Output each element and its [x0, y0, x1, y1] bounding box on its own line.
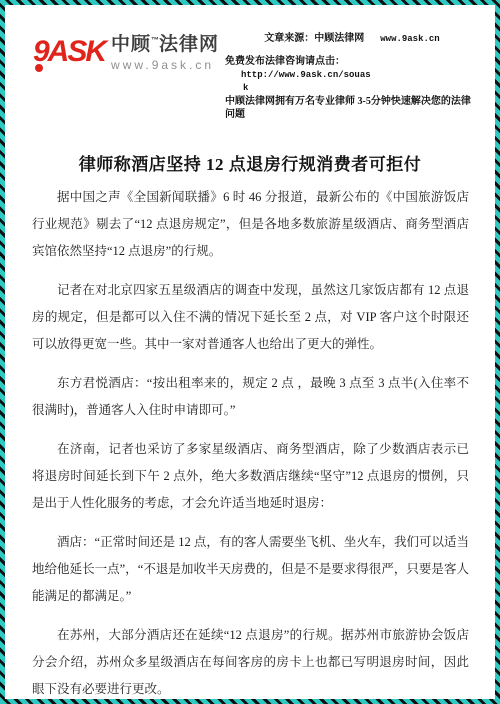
consult-link-label: 免费发布法律咨询请点击： — [225, 56, 345, 67]
article-body: 据中国之声《全国新闻联播》6 时 46 分报道，最新公布的《中国旅游饭店行业规范… — [32, 184, 469, 703]
trademark-symbol: ™ — [151, 36, 159, 45]
article-source-line: 文章来源：中顾法律网www.9ask.cn — [225, 32, 479, 46]
header-info-block: 文章来源：中顾法律网www.9ask.cn 免费发布法律咨询请点击：http:/… — [225, 30, 479, 121]
article-paragraph-2: 记者在对北京四家五星级酒店的调查中发现，虽然这几家饭店都有 12 点退房的规定，… — [32, 277, 469, 358]
article-paragraph-1: 据中国之声《全国新闻联播》6 时 46 分报道，最新公布的《中国旅游饭店行业规范… — [32, 184, 469, 265]
logo-website-url: www.9ask.cn — [111, 58, 219, 72]
article-paragraph-5: 酒店：“正常时间还是 12 点，有的客人需要坐飞机、坐火车，我们可以适当地给他延… — [32, 529, 469, 610]
consult-link-url: http://www.9ask.cn/souas — [241, 70, 371, 80]
logo-question-dot-icon — [35, 64, 43, 72]
document-header: 9ASK 中顾™法律网 www.9ask.cn 文章来源：中顾法律网www.9a… — [5, 5, 495, 121]
logo-brand-part1: 中顾 — [111, 34, 151, 55]
consult-link-url-wrap: k — [243, 82, 479, 95]
article-paragraph-4: 在济南，记者也采访了多家星级酒店、商务型酒店，除了少数酒店表示已将退房时间延长到… — [32, 436, 469, 517]
slogan-line: 中顾法律网拥有万名专业律师 3-5分钟快速解决您的法律问题 — [225, 95, 479, 121]
logo-9ask-text: 9ASK — [33, 35, 105, 68]
article-title: 律师称酒店坚持 12 点退房行规消费者可拒付 — [15, 150, 485, 175]
logo-brand-name: 中顾™法律网 — [111, 34, 219, 56]
article-paragraph-3: 东方君悦酒店：“按出租率来的，规定 2 点 ，最晚 3 点至 3 点半(入住率不… — [32, 370, 469, 424]
document-page: 9ASK 中顾™法律网 www.9ask.cn 文章来源：中顾法律网www.9a… — [0, 0, 500, 704]
site-logo: 9ASK 中顾™法律网 www.9ask.cn — [33, 30, 217, 72]
article-paragraph-6: 在苏州，大部分酒店还在延续“12 点退房”的行规。据苏州市旅游协会饭店分会介绍，… — [32, 622, 469, 703]
logo-text-column: 中顾™法律网 www.9ask.cn — [111, 30, 219, 72]
consult-link-line: 免费发布法律咨询请点击：http://www.9ask.cn/souas — [225, 55, 479, 82]
article-source-url: www.9ask.cn — [380, 34, 439, 44]
logo-brand-part2: 法律网 — [159, 34, 219, 55]
article-source-label: 文章来源：中顾法律网 — [264, 33, 364, 44]
logo-9ask-mark: 9ASK — [33, 30, 107, 67]
